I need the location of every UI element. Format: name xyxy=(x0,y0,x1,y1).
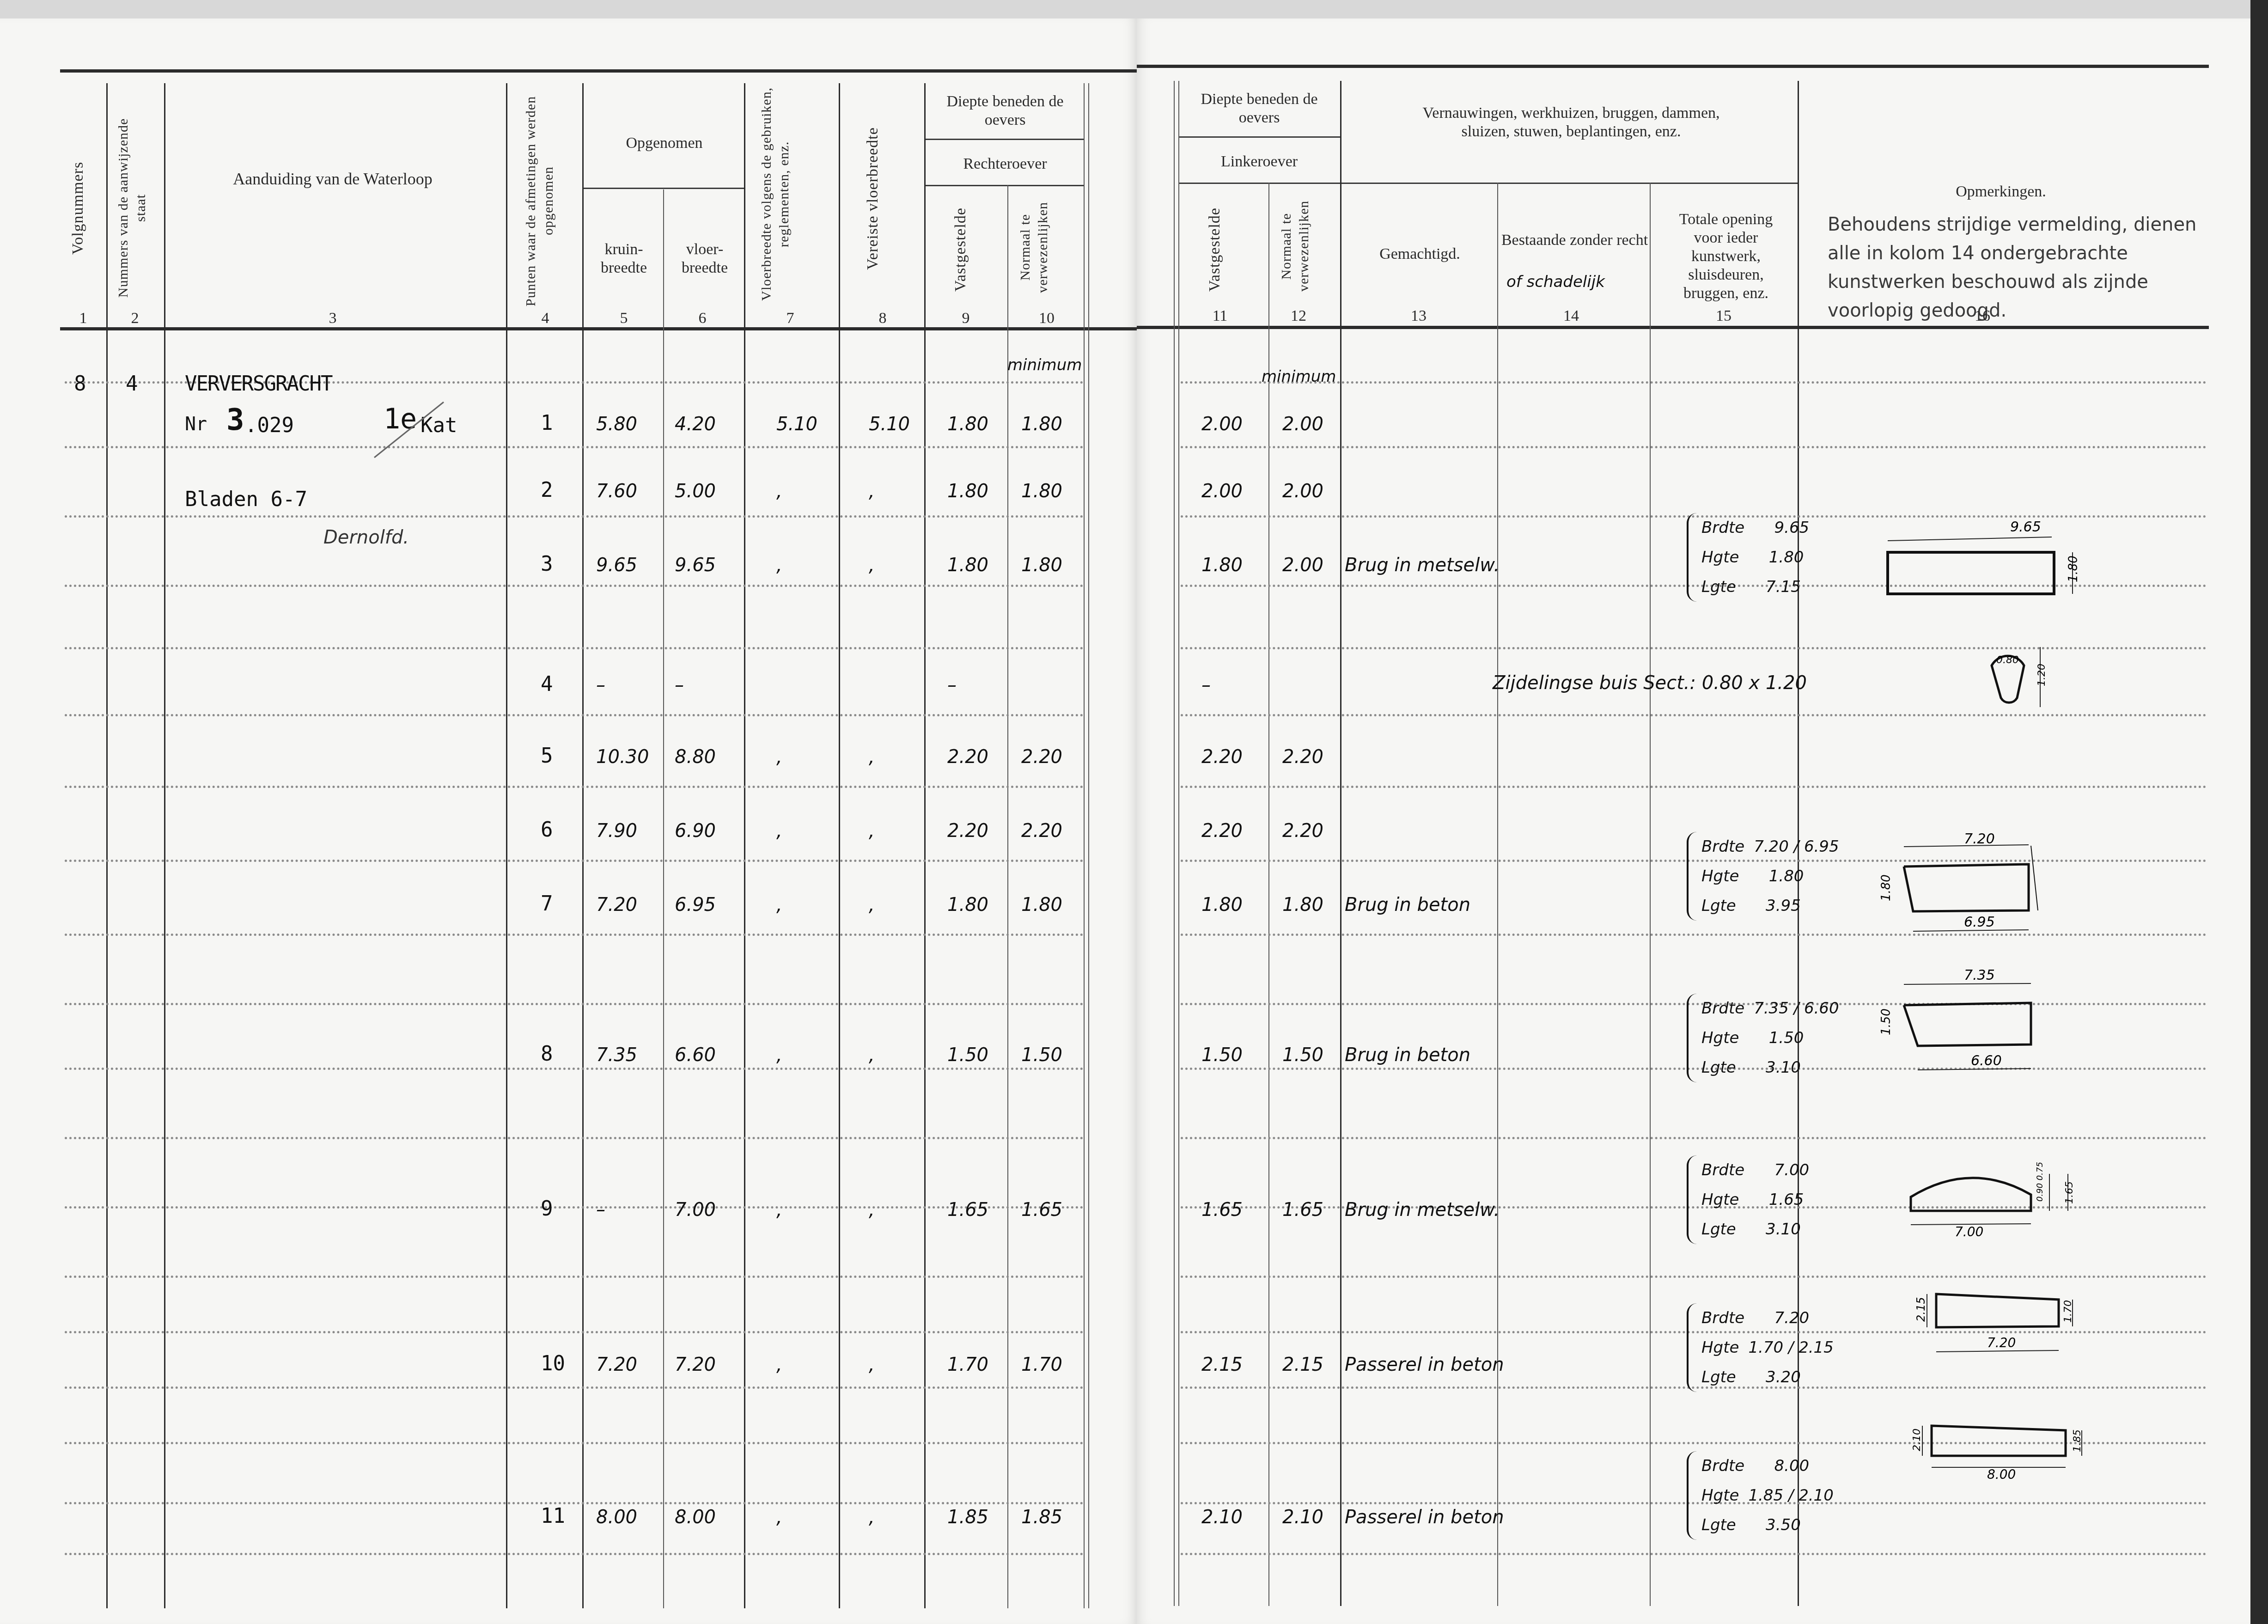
spec-label: Brdte xyxy=(1701,1457,1744,1475)
row-10-rechteroever-normaal: 1.70 xyxy=(1021,1354,1062,1375)
header-opmerkingen: Opmerkingen. xyxy=(1932,183,2070,201)
row-10-linkeroever-vastgestelde: 2.15 xyxy=(1201,1354,1243,1375)
row-5-vloerbreedte-gebruiken: , xyxy=(776,746,782,768)
ruled-dotted-line xyxy=(65,1003,1084,1005)
spec-label: Hgte xyxy=(1701,1191,1739,1209)
sketch-buis-4: 0.80 1.20 xyxy=(1973,629,2093,721)
ruled-dotted-line xyxy=(65,1137,1084,1139)
row-3-kruinbreedte: 9.65 xyxy=(596,555,637,576)
row-2-kruinbreedte: 7.60 xyxy=(596,481,637,502)
row-2-point-number: 2 xyxy=(541,478,553,502)
row-8-gemachtigd-kunstwerk: Brug in beton xyxy=(1345,1044,1470,1066)
header-nummers-staat: Nummers van de aanwijzende staat xyxy=(115,111,156,305)
sketch-bridge-8: 7.35 6.60 1.50 xyxy=(1872,961,2130,1081)
book-right-edge xyxy=(2250,0,2268,1624)
header-bottom-rule-right xyxy=(1137,326,2209,329)
row-9-linkeroever-normaal: 1.65 xyxy=(1282,1199,1323,1221)
svg-text:2.15: 2.15 xyxy=(1914,1297,1927,1322)
ruled-dotted-line xyxy=(65,1386,1084,1389)
row-6-rechteroever-normaal: 2.20 xyxy=(1021,820,1062,842)
ruled-dotted-line xyxy=(65,934,1084,936)
row-10-rechteroever-vastgestelde: 1.70 xyxy=(947,1354,988,1375)
ruled-dotted-line xyxy=(1181,446,2207,448)
row-4-linkeroever-vastgestelde: – xyxy=(1201,675,1211,696)
row-9-linkeroever-vastgestelde: 1.65 xyxy=(1201,1199,1243,1221)
svg-text:1.65: 1.65 xyxy=(2064,1181,2075,1204)
header-volgnummers: Volgnummers xyxy=(69,111,102,305)
sketch-bridge-3: 9.65 1.80 xyxy=(1872,518,2204,629)
ruled-dotted-line xyxy=(65,786,1084,788)
ruled-dotted-line xyxy=(1181,1137,2207,1139)
nr-prefix: Nr xyxy=(185,414,207,435)
header-rechteroever: Rechteroever xyxy=(927,155,1084,173)
row-8-rechteroever-normaal: 1.50 xyxy=(1021,1044,1062,1066)
row-5-kruinbreedte: 10.30 xyxy=(596,746,649,768)
svg-text:1.50: 1.50 xyxy=(1879,1008,1893,1035)
spec-value: 3.50 xyxy=(1745,1510,1801,1540)
header-normaal-l: Normaal te verwezenlijken xyxy=(1278,187,1338,305)
ruled-dotted-line xyxy=(65,860,1084,862)
row-4-point-number: 4 xyxy=(541,672,553,696)
spec-label: Hgte xyxy=(1701,1029,1739,1047)
row-4-kruinbreedte: – xyxy=(596,675,605,696)
colnum-5: 5 xyxy=(610,310,638,327)
ruled-dotted-line xyxy=(65,1553,1084,1555)
row-11-rechteroever-normaal: 1.85 xyxy=(1021,1507,1062,1528)
header-diepte-links: Diepte beneden de oevers xyxy=(927,92,1084,129)
ruled-dotted-line xyxy=(65,585,1084,587)
row-9-kruinbreedte: – xyxy=(596,1199,605,1221)
row-1-linkeroever-vastgestelde: 2.00 xyxy=(1201,414,1243,435)
opgenomen-rule xyxy=(582,188,744,189)
row-11-gemachtigd-kunstwerk: Passerel in beton xyxy=(1345,1507,1504,1528)
ruled-dotted-line xyxy=(65,1331,1084,1333)
svg-text:1.85: 1.85 xyxy=(2072,1429,2083,1452)
row-11-vloerbreedte-gebruiken: , xyxy=(776,1507,782,1528)
row-6-vereiste-vloerbreedte: , xyxy=(869,820,875,842)
row-4-rechteroever-vastgestelde: – xyxy=(947,675,957,696)
row-3-linkeroever-vastgestelde: 1.80 xyxy=(1201,555,1243,576)
header-linkeroever: Linkeroever xyxy=(1181,153,1338,171)
row-11-kruinbreedte: 8.00 xyxy=(596,1507,637,1528)
row-9-rechteroever-normaal: 1.65 xyxy=(1021,1199,1062,1221)
row-7-gemachtigd-kunstwerk: Brug in beton xyxy=(1345,894,1470,916)
row-3-rechteroever-vastgestelde: 1.80 xyxy=(947,555,988,576)
colnum-4: 4 xyxy=(531,310,559,327)
ruled-dotted-line xyxy=(1181,786,2207,788)
colnum-6: 6 xyxy=(689,310,716,327)
row-8-kruinbreedte: 7.35 xyxy=(596,1044,637,1066)
spec-value: 7.00 xyxy=(1754,1155,1809,1185)
row-1-rechteroever-normaal: 1.80 xyxy=(1021,414,1062,435)
rechteroever-rule xyxy=(924,185,1084,186)
row-7-linkeroever-normaal: 1.80 xyxy=(1282,894,1323,916)
colnum-15: 15 xyxy=(1710,307,1738,325)
row-8-vereiste-vloerbreedte: , xyxy=(869,1044,875,1066)
header-bottom-rule xyxy=(60,327,1137,330)
spec-label: Brdte xyxy=(1701,1309,1744,1327)
svg-text:0.90 0.75: 0.90 0.75 xyxy=(2035,1162,2045,1202)
spec-value: 7.35 / 6.60 xyxy=(1754,994,1839,1023)
row-8-vloerbreedte: 6.60 xyxy=(675,1044,716,1066)
header-vastgestelde-l: Vastgestelde xyxy=(1206,194,1234,305)
colnum-12: 12 xyxy=(1285,307,1312,325)
colnum-11: 11 xyxy=(1206,307,1234,325)
spec-label: Hgte xyxy=(1701,1338,1739,1357)
row-6-point-number: 6 xyxy=(541,818,553,842)
row-8-rechteroever-vastgestelde: 1.50 xyxy=(947,1044,988,1066)
svg-text:7.20: 7.20 xyxy=(1987,1335,2016,1350)
row-1-vereiste-vloerbreedte: 5.10 xyxy=(869,414,910,435)
row-6-kruinbreedte: 7.90 xyxy=(596,820,637,842)
row-1-vloerbreedte-gebruiken: 5.10 xyxy=(776,414,817,435)
row-3-gemachtigd-kunstwerk: Brug in metselw. xyxy=(1345,555,1500,576)
header-top-rule xyxy=(60,69,1137,73)
minimum-label-right: minimum xyxy=(1007,356,1082,374)
svg-text:1.70: 1.70 xyxy=(2062,1300,2074,1323)
header-aanduiding: Aanduiding van de Waterloop xyxy=(231,169,434,189)
row-10-point-number: 10 xyxy=(541,1352,565,1375)
svg-text:0.80: 0.80 xyxy=(1996,654,2019,666)
row-9-vloerbreedte: 7.00 xyxy=(675,1199,716,1221)
row-3-vloerbreedte-gebruiken: , xyxy=(776,555,782,576)
opening-spec-5: Brdte8.00Hgte1.85 / 2.10Lgte3.50 xyxy=(1687,1451,1834,1540)
row-7-linkeroever-vastgestelde: 1.80 xyxy=(1201,894,1243,916)
spec-label: Lgte xyxy=(1701,1058,1736,1077)
row-11-vereiste-vloerbreedte: , xyxy=(869,1507,875,1528)
ruled-dotted-line xyxy=(1181,1553,2207,1555)
header-gemachtigd: Gemachtigd. xyxy=(1342,245,1497,263)
row-2-rechteroever-vastgestelde: 1.80 xyxy=(947,481,988,502)
opmerkingen-note: Behoudens strijdige vermelding, dienen a… xyxy=(1828,210,2207,325)
row-7-vereiste-vloerbreedte: , xyxy=(869,894,875,916)
row-2-vereiste-vloerbreedte: , xyxy=(869,481,875,502)
colnum-7: 7 xyxy=(776,310,804,327)
ruled-dotted-line xyxy=(65,515,1084,518)
row-9-vereiste-vloerbreedte: , xyxy=(869,1199,875,1221)
spec-label: Brdte xyxy=(1701,999,1744,1018)
opening-spec-1: Brdte7.20 / 6.95Hgte1.80Lgte3.95 xyxy=(1687,832,1839,921)
row-5-linkeroever-normaal: 2.20 xyxy=(1282,746,1323,768)
row-1-linkeroever-normaal: 2.00 xyxy=(1282,414,1323,435)
spec-label: Lgte xyxy=(1701,1516,1736,1534)
row-7-vloerbreedte-gebruiken: , xyxy=(776,894,782,916)
colnum-10: 10 xyxy=(1033,310,1061,327)
row-9-point-number: 9 xyxy=(541,1197,553,1221)
staat-nummer: 4 xyxy=(126,372,138,396)
row-3-linkeroever-normaal: 2.00 xyxy=(1282,555,1323,576)
row-9-vloerbreedte-gebruiken: , xyxy=(776,1199,782,1221)
ruled-dotted-line xyxy=(65,714,1084,716)
spec-label: Brdte xyxy=(1701,519,1744,537)
spec-value: 7.15 xyxy=(1745,572,1801,602)
colnum-1: 1 xyxy=(69,310,97,327)
row-2-rechteroever-normaal: 1.80 xyxy=(1021,481,1062,502)
row-1-point-number: 1 xyxy=(541,411,553,435)
ruled-dotted-line xyxy=(65,1206,1084,1209)
opening-spec-0: Brdte9.65Hgte1.80Lgte7.15 xyxy=(1687,513,1809,602)
row-1-kruinbreedte: 5.80 xyxy=(596,414,637,435)
row-11-rechteroever-vastgestelde: 1.85 xyxy=(947,1507,988,1528)
waterloop-name: VERVERSGRACHT xyxy=(185,372,332,396)
row-10-vereiste-vloerbreedte: , xyxy=(869,1354,875,1375)
svg-text:6.95: 6.95 xyxy=(1964,914,1995,930)
row-11-linkeroever-normaal: 2.10 xyxy=(1282,1507,1323,1528)
opening-spec-3: Brdte7.00Hgte1.65Lgte3.10 xyxy=(1687,1155,1809,1244)
row-3-point-number: 3 xyxy=(541,552,553,576)
svg-text:1.80: 1.80 xyxy=(2067,556,2080,582)
colnum-14: 14 xyxy=(1557,307,1585,325)
row-6-vloerbreedte-gebruiken: , xyxy=(776,820,782,842)
volgnummer: 8 xyxy=(74,372,86,396)
row-7-vloerbreedte: 6.95 xyxy=(675,894,716,916)
row-3-vloerbreedte: 9.65 xyxy=(675,555,716,576)
row-6-linkeroever-vastgestelde: 2.20 xyxy=(1201,820,1243,842)
spec-value: 3.95 xyxy=(1745,891,1801,921)
spec-value: 9.65 xyxy=(1754,513,1809,543)
strike-mark-icon xyxy=(365,397,448,462)
row-2-vloerbreedte-gebruiken: , xyxy=(776,481,782,502)
svg-text:2.10: 2.10 xyxy=(1911,1429,1923,1451)
row-10-vloerbreedte-gebruiken: , xyxy=(776,1354,782,1375)
spec-label: Hgte xyxy=(1701,1486,1739,1505)
spec-value: 8.00 xyxy=(1754,1451,1809,1481)
spec-label: Lgte xyxy=(1701,578,1736,596)
minimum-label-left: minimum xyxy=(1262,367,1336,386)
sketch-bridge-7: 7.20 6.95 1.80 xyxy=(1872,827,2130,947)
svg-text:7.00: 7.00 xyxy=(1955,1224,1983,1239)
row-1-rechteroever-vastgestelde: 1.80 xyxy=(947,414,988,435)
row-8-vloerbreedte-gebruiken: , xyxy=(776,1044,782,1066)
opening-spec-2: Brdte7.35 / 6.60Hgte1.50Lgte3.10 xyxy=(1687,994,1839,1082)
spec-value: 1.80 xyxy=(1748,861,1804,891)
row-6-linkeroever-normaal: 2.20 xyxy=(1282,820,1323,842)
spec-value: 7.20 xyxy=(1754,1303,1809,1333)
diepte-right-rule xyxy=(1178,136,1340,138)
header-zonder-recht: Bestaande zonder recht xyxy=(1500,231,1650,250)
svg-text:9.65: 9.65 xyxy=(2010,519,2041,535)
linkeroever-rule xyxy=(1178,183,1340,184)
svg-text:1.20: 1.20 xyxy=(2036,664,2048,686)
ruled-dotted-line xyxy=(65,1276,1084,1278)
row-8-linkeroever-vastgestelde: 1.50 xyxy=(1201,1044,1243,1066)
spec-value: 1.65 xyxy=(1748,1185,1804,1215)
row-5-point-number: 5 xyxy=(541,744,553,768)
row-10-linkeroever-normaal: 2.15 xyxy=(1282,1354,1323,1375)
row-7-point-number: 7 xyxy=(541,892,553,916)
colnum-3: 3 xyxy=(319,310,347,327)
colnum-8: 8 xyxy=(869,310,896,327)
row-9-rechteroever-vastgestelde: 1.65 xyxy=(947,1199,988,1221)
row-8-linkeroever-normaal: 1.50 xyxy=(1282,1044,1323,1066)
svg-text:7.20: 7.20 xyxy=(1964,831,1995,847)
spec-label: Lgte xyxy=(1701,897,1736,915)
nr-big: 3 xyxy=(226,403,244,437)
row-7-rechteroever-normaal: 1.80 xyxy=(1021,894,1062,916)
colnum-9: 9 xyxy=(952,310,980,327)
svg-text:1.80: 1.80 xyxy=(1879,874,1893,901)
header-diepte-rechts: Diepte beneden de oevers xyxy=(1181,90,1338,127)
sketch-passerel-11: 2.10 1.85 8.00 xyxy=(1899,1386,2177,1507)
signature: Dernolfd. xyxy=(323,527,409,548)
header-vloerbreedte: vloer-breedte xyxy=(665,240,744,277)
bladen: Bladen 6-7 xyxy=(185,488,307,511)
row-6-rechteroever-vastgestelde: 2.20 xyxy=(947,820,988,842)
spec-value: 7.20 / 6.95 xyxy=(1754,832,1839,861)
header-vloerbreedte-gebruiken: Vloerbreedte volgens de gebruiken, regle… xyxy=(758,83,827,305)
spec-value: 3.20 xyxy=(1745,1362,1801,1392)
row-10-gemachtigd-kunstwerk: Passerel in beton xyxy=(1345,1354,1504,1375)
ruled-dotted-line xyxy=(65,1068,1084,1070)
header-opgenomen: Opgenomen xyxy=(585,134,744,153)
sketch-passerel-10: 2.15 1.70 7.20 xyxy=(1899,1248,2177,1377)
spec-value: 3.10 xyxy=(1745,1215,1801,1244)
row-9-gemachtigd-kunstwerk: Brug in metselw. xyxy=(1345,1199,1500,1221)
header-punten: Punten waar de afmetingen werden opgenom… xyxy=(522,92,568,310)
row-3-rechteroever-normaal: 1.80 xyxy=(1021,555,1062,576)
row-11-vloerbreedte: 8.00 xyxy=(675,1507,716,1528)
row-5-vloerbreedte: 8.80 xyxy=(675,746,716,768)
header-vernauwingen: Vernauwingen, werkhuizen, bruggen, damme… xyxy=(1414,104,1728,141)
header-vereiste-vloerbreedte: Vereiste vloerbreedte xyxy=(864,92,896,305)
spec-label: Hgte xyxy=(1701,548,1739,567)
row-3-vereiste-vloerbreedte: , xyxy=(869,555,875,576)
svg-text:6.60: 6.60 xyxy=(1971,1053,2002,1069)
sketch-bridge-9: 7.00 0.90 0.75 1.65 xyxy=(1908,1155,2186,1257)
row-8-point-number: 8 xyxy=(541,1042,553,1066)
header-vastgestelde-r: Vastgestelde xyxy=(952,194,980,305)
svg-text:8.00: 8.00 xyxy=(1987,1467,2016,1482)
row-2-linkeroever-vastgestelde: 2.00 xyxy=(1201,481,1243,502)
row-5-linkeroever-vastgestelde: 2.20 xyxy=(1201,746,1243,768)
row-4-zonder-recht-kunstwerk: Zijdelingse buis Sect.: 0.80 x 1.20 xyxy=(1493,672,1807,694)
spec-value: 1.85 / 2.10 xyxy=(1748,1481,1833,1510)
opening-spec-4: Brdte7.20Hgte1.70 / 2.15Lgte3.20 xyxy=(1687,1303,1834,1392)
row-7-rechteroever-vastgestelde: 1.80 xyxy=(947,894,988,916)
row-11-linkeroever-vastgestelde: 2.10 xyxy=(1201,1507,1243,1528)
row-2-linkeroever-normaal: 2.00 xyxy=(1282,481,1323,502)
spec-label: Lgte xyxy=(1701,1368,1736,1386)
ruled-dotted-line xyxy=(65,647,1084,649)
row-10-vloerbreedte: 7.20 xyxy=(675,1354,716,1375)
svg-text:7.35: 7.35 xyxy=(1964,967,1995,983)
spec-label: Brdte xyxy=(1701,837,1744,856)
header-totale-opening: Totale opening voor ieder kunstwerk, slu… xyxy=(1664,210,1788,303)
vernauwingen-rule xyxy=(1340,183,1798,184)
row-11-point-number: 11 xyxy=(541,1504,565,1528)
header-kruinbreedte: kruin-breedte xyxy=(585,240,663,277)
row-5-vereiste-vloerbreedte: , xyxy=(869,746,875,768)
colnum-16: 16 xyxy=(1969,307,1996,325)
nr-rest: .029 xyxy=(245,414,294,437)
ruled-dotted-line xyxy=(65,1442,1084,1444)
spec-value: 1.50 xyxy=(1748,1023,1804,1053)
colnum-2: 2 xyxy=(121,310,149,327)
header-of-schadelijk: of schadelijk xyxy=(1506,273,1605,291)
header-top-rule-right xyxy=(1137,65,2209,68)
spec-label: Hgte xyxy=(1701,867,1739,885)
row-5-rechteroever-vastgestelde: 2.20 xyxy=(947,746,988,768)
row-1-vloerbreedte: 4.20 xyxy=(675,414,716,435)
ruled-dotted-line xyxy=(65,1502,1084,1504)
diepte-left-rule xyxy=(924,139,1084,140)
row-6-vloerbreedte: 6.90 xyxy=(675,820,716,842)
ruled-dotted-line xyxy=(65,446,1084,448)
row-7-kruinbreedte: 7.20 xyxy=(596,894,637,916)
row-4-vloerbreedte: – xyxy=(675,675,684,696)
spec-value: 3.10 xyxy=(1745,1053,1801,1082)
spec-value: 1.80 xyxy=(1748,543,1804,572)
spec-label: Brdte xyxy=(1701,1161,1744,1179)
colnum-13: 13 xyxy=(1405,307,1433,325)
header-normaal-r: Normaal te verwezenlijken xyxy=(1017,189,1077,305)
row-5-rechteroever-normaal: 2.20 xyxy=(1021,746,1062,768)
row-2-vloerbreedte: 5.00 xyxy=(675,481,716,502)
spec-value: 1.70 / 2.15 xyxy=(1748,1333,1833,1362)
spec-label: Lgte xyxy=(1701,1220,1736,1239)
row-10-kruinbreedte: 7.20 xyxy=(596,1354,637,1375)
